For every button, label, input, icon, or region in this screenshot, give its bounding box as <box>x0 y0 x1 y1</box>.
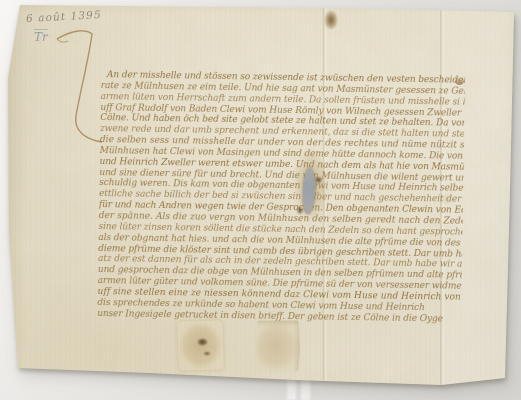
ink-speck <box>203 351 211 356</box>
parchment-sheet: 6 août 1395 Tr An der misshelle und stös… <box>0 0 521 400</box>
manuscript-text-block: An der misshelle und stössen so zewissen… <box>97 70 465 325</box>
rust-speck <box>455 77 464 85</box>
parchment-wrapper: 6 août 1395 Tr An der misshelle und stös… <box>0 0 521 400</box>
ink-speck <box>197 338 208 346</box>
tear-dark-spot <box>296 206 304 215</box>
faint-stain <box>438 193 456 205</box>
tear-dark-spot <box>314 176 323 184</box>
photo-backdrop: 6 août 1395 Tr An der misshelle und stös… <box>0 0 521 400</box>
seal-stain-right <box>252 320 301 374</box>
